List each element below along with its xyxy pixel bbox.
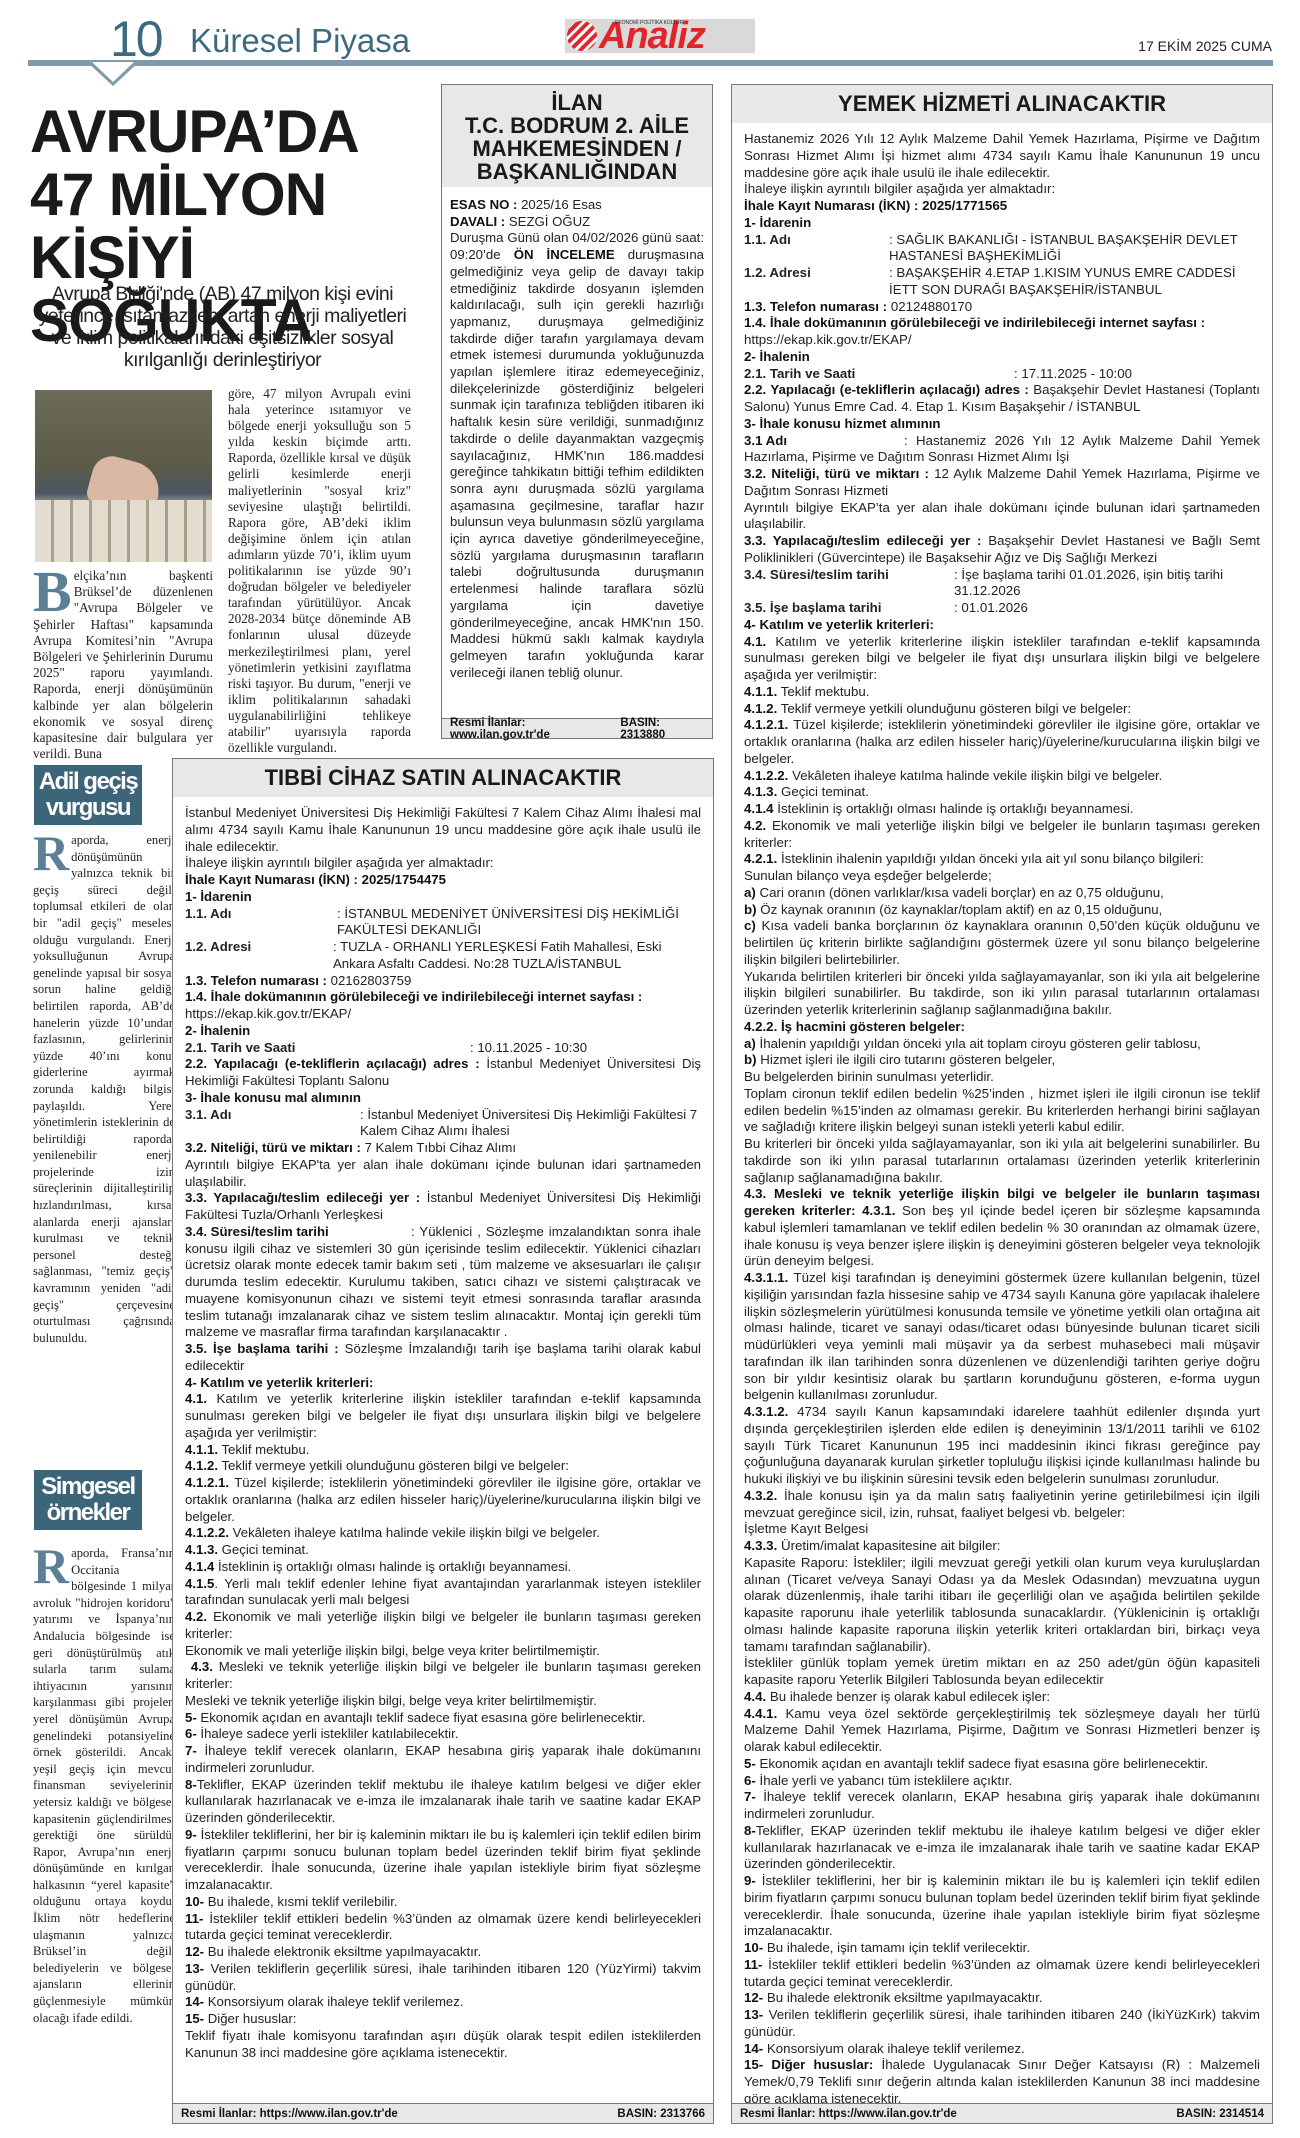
field-label: 3.1. Adı (185, 1107, 360, 1141)
clause-text: İsteklinin ihalenin yapıldığı yıldan önc… (781, 851, 1204, 866)
ekap-link[interactable]: https://ekap.kik.gov.tr/EKAP/ (185, 1006, 701, 1023)
field-label: 2.1. Tarih ve Saati (744, 366, 1014, 383)
section-heading: 4- Katılım ve yeterlik kriterleri: (185, 1375, 373, 1390)
clause-text: Üretim/imalat kapasitesine ait bilgiler: (781, 1538, 1000, 1553)
clause-heading: 4.2.2. İş hacmini gösteren belgeler: (744, 1019, 965, 1034)
item-number: 12- (744, 1990, 763, 2005)
box-body-simgesel-ornekler: Raporda, Fransa’nın Occitania bölgesinde… (33, 1545, 175, 2026)
box-text: aporda, Fransa’nın Occitania bölgesinde … (33, 1546, 175, 2025)
item-number: 8- (185, 1777, 197, 1792)
field-label: 1.4. İhale dokümanının görülebileceği ve… (185, 989, 642, 1004)
item-text: Bu ihalede, işin tamamı için teklif veri… (767, 1940, 1030, 1955)
clause-text: 4734 sayılı Kanun kapsamındaki idarelere… (744, 1404, 1260, 1486)
clause-text: Tüzel kişilerde; isteklilerin yönetimind… (744, 717, 1260, 766)
notice-emphasis: ÖN İNCELEME (514, 247, 615, 262)
item-text: Verilen tekliflerin geçerlilik süresi, i… (744, 2007, 1260, 2039)
item-number: 9- (185, 1827, 197, 1842)
field-label: 1.2. Adresi (744, 265, 889, 299)
clause-text: Hizmet işleri ile ilgili ciro tutarını g… (760, 1052, 1055, 1067)
item-text: İhaleye teklif verecek olanların, EKAP h… (744, 1789, 1260, 1821)
field-label: 2.2. Yapılacağı (e-tekliflerin açılacağı… (185, 1056, 480, 1071)
title-line: MAHKEMESİNDEN / (446, 137, 708, 160)
item-number: 10- (185, 1894, 204, 1909)
footer-link[interactable]: Resmi İlanlar: https://www.ilan.gov.tr'd… (740, 2108, 957, 2120)
clause-text: Ekonomik ve mali yeterliğe ilişkin bilgi… (185, 1609, 701, 1641)
clause-text: İsteklinin iş ortaklığı olması halinde i… (218, 1559, 571, 1574)
field-label: 3.1 Adı (744, 433, 904, 450)
clause-number: 4.1.2.2. (185, 1525, 229, 1540)
medical-device-ad: TIBBİ CİHAZ SATIN ALINACAKTIR İstanbul M… (172, 758, 714, 2124)
closing-text: Teklif fiyatı ihale komisyonu tarafından… (185, 2028, 701, 2062)
field-value: : TUZLA - ORHANLI YERLEŞKESİ Fatih Mahal… (333, 939, 701, 973)
court-notice-footer: Resmi İlanlar: www.ilan.gov.tr'de BASIN:… (442, 718, 712, 738)
box-body-adil-gecis: Raporda, enerji dönüşümünün yalnızca tek… (33, 832, 175, 1346)
item-text: Konsorsiyum olarak ihaleye teklif verile… (767, 2041, 1025, 2056)
clause-text: Katılım ve yeterlik kriterlerine ilişkin… (744, 634, 1260, 683)
item-text: Bu ihalede elektronik eksiltme yapılmaya… (767, 1990, 1043, 2005)
clause-number: c) (744, 918, 756, 933)
section-heading: 1- İdarenin (744, 215, 811, 230)
clause-number: 4.1.5 (185, 1576, 214, 1591)
intro-text: Hastanemiz 2026 Yılı 12 Aylık Malzeme Da… (744, 131, 1260, 181)
clause-number: 4.1.2. (185, 1458, 218, 1473)
field-label: 2.1. Tarih ve Saati (185, 1040, 470, 1057)
radiator-image (35, 500, 212, 562)
item-number: 14- (744, 2041, 763, 2056)
notice-text: duruşmasına gelmediğiniz veya gelip de d… (450, 247, 704, 680)
medical-device-body: İstanbul Medeniyet Üniversitesi Diş Heki… (173, 797, 713, 2061)
issue-date: 17 EKİM 2025 CUMA (1138, 38, 1272, 54)
globe-icon (567, 21, 597, 51)
drop-cap: R (33, 834, 69, 872)
clause-text: Bu kriterleri bir önceki yılda sağlayama… (744, 1136, 1260, 1186)
clause-number: a) (744, 1036, 756, 1051)
field-label: 1.1. Adı (744, 232, 889, 266)
item-number: 13- (744, 2007, 763, 2022)
clause-text: İstekliler günlük toplam yemek üretim mi… (744, 1655, 1260, 1689)
field-value: : SAĞLIK BAKANLIĞI - İSTANBUL BAŞAKŞEHİR… (889, 232, 1260, 266)
item-text: Verilen tekliflerin geçerlilik süresi, i… (185, 1961, 701, 1993)
title-line: İLAN (446, 91, 708, 114)
section-heading: 2- İhalenin (185, 1023, 250, 1038)
field-value: : 10.11.2025 - 10:30 (470, 1040, 701, 1057)
field-value: : İstanbul Medeniyet Üniversitesi Diş He… (360, 1107, 701, 1141)
davali-value: SEZGİ OĞUZ (509, 214, 590, 229)
esas-label: ESAS NO : (450, 197, 517, 212)
note-text: Ayrıntılı bilgiye EKAP'ta yer alan ihale… (185, 1157, 701, 1191)
clause-number: 4.1. (744, 634, 766, 649)
clause-number: 4.3. (191, 1659, 213, 1674)
item-number: 7- (185, 1743, 197, 1758)
intro-text: İstanbul Medeniyet Üniversitesi Diş Heki… (185, 805, 701, 855)
field-label: 3.2. Niteliği, türü ve miktarı : (185, 1140, 361, 1155)
davali-label: DAVALI : (450, 214, 505, 229)
clause-number: a) (744, 885, 756, 900)
clause-number: 4.1.2.2. (744, 768, 788, 783)
field-label: 3.3. Yapılacağı/teslim edileceği yer : (185, 1190, 420, 1205)
item-text: Bu ihalede, kısmi teklif verilebilir. (208, 1894, 398, 1909)
field-label: 3.5. İşe başlama tarihi : (185, 1341, 339, 1356)
header-divider (28, 60, 1273, 66)
field-label: 3.2. Niteliği, türü ve miktarı : (744, 466, 929, 481)
clause-number: 4.2.1. (744, 851, 777, 866)
field-label: 1.3. Telefon numarası : (744, 299, 887, 314)
clause-number: b) (744, 1052, 757, 1067)
clause-number: 4.1. (185, 1391, 207, 1406)
field-label: 3.5. İşe başlama tarihi (744, 600, 954, 617)
clause-text: Vekâleten ihaleye katılma halinde vekile… (233, 1525, 600, 1540)
field-label: 3.4. Süresi/teslim tarihi (744, 567, 954, 601)
clause-text: İşletme Kayıt Belgesi (744, 1521, 1260, 1538)
clause-text: Teklif mektubu. (221, 1442, 309, 1457)
item-number: 7- (744, 1789, 756, 1804)
item-number: 5- (185, 1710, 197, 1725)
court-notice-ad: İLAN T.C. BODRUM 2. AİLE MAHKEMESİNDEN /… (441, 84, 713, 739)
title-line: T.C. BODRUM 2. AİLE (446, 114, 708, 137)
medical-device-title: TIBBİ CİHAZ SATIN ALINACAKTIR (173, 759, 713, 797)
item-text: İhale yerli ve yabancı tüm isteklilere a… (760, 1773, 1013, 1788)
food-service-body: Hastanemiz 2026 Yılı 12 Aylık Malzeme Da… (732, 123, 1272, 2108)
field-value: : İSTANBUL MEDENİYET ÜNİVERSİTESİ DİŞ HE… (337, 906, 701, 940)
clause-text: Kısa vadeli banka borçlarının öz kaynakl… (744, 918, 1260, 967)
logo-tagline: EKONOMİ POLİTİKA KÜLTÜR (615, 20, 683, 26)
clause-number: 4.4. (744, 1689, 766, 1704)
field-value: 7 Kalem Tıbbi Cihaz Alımı (365, 1140, 516, 1155)
field-label: 1.3. Telefon numarası : (185, 973, 327, 988)
food-service-footer: Resmi İlanlar: https://www.ilan.gov.tr'd… (732, 2103, 1272, 2123)
clause-number: 4.1.2.1. (185, 1475, 229, 1490)
field-label: 2.2. Yapılacağı (e-tekliflerin açılacağı… (744, 382, 1029, 397)
field-label: 3.3. Yapılacağı/teslim edileceği yer : (744, 533, 981, 548)
clause-text: İhale konusu işin ya da malın satış faal… (744, 1488, 1260, 1520)
item-number: 11- (185, 1911, 203, 1926)
clause-text: Bu belgelerden birinin sunulması yeterli… (744, 1069, 1260, 1086)
article-subheadline: Avrupa Birliği'nde (AB) 47 milyon kişi e… (30, 283, 415, 371)
clause-text: Kapasite Raporu: İstekliler; ilgili mevz… (744, 1555, 1260, 1656)
clause-text: Mesleki ve teknik yeterliğe ilişkin bilg… (185, 1659, 701, 1691)
clause-number: 4.1.2.1. (744, 717, 788, 732)
clause-number: 4.3.1.2. (744, 1404, 788, 1419)
item-text: Konsorsiyum olarak ihaleye teklif verile… (208, 1994, 464, 2009)
clause-text: Mesleki ve teknik yeterliğe ilişkin bilg… (185, 1693, 701, 1710)
item-number: 5- (744, 1756, 756, 1771)
food-service-ad: YEMEK HİZMETİ ALINACAKTIR Hastanemiz 202… (731, 84, 1273, 2124)
note-text: Ayrıntılı bilgiye EKAP’ta yer alan ihale… (744, 500, 1260, 534)
clause-text: Teklif vermeye yetkili olunduğunu göster… (221, 1458, 568, 1473)
clause-text: Teklif vermeye yetkili olunduğunu göster… (781, 701, 1131, 716)
clause-number: 4.3.1.1. (744, 1270, 788, 1285)
clause-text: Ekonomik ve mali yeterliğe ilişkin bilgi… (744, 818, 1260, 850)
clause-number: 4.1.3. (744, 784, 777, 799)
court-notice-body: ESAS NO : 2025/16 Esas DAVALI : SEZGİ OĞ… (442, 187, 712, 681)
clause-number: 4.3.2. (744, 1488, 777, 1503)
item-text: İstekliler teklif ettikleri bedelin %3’ü… (185, 1911, 701, 1943)
page-number: 10 (110, 14, 162, 64)
item-number: 15- Diğer hususlar: (744, 2057, 873, 2072)
field-label: 1.1. Adı (185, 906, 337, 940)
clause-text: Tüzel kişilerde; isteklilerin yönetimind… (185, 1475, 701, 1524)
item-text: İstekliler tekliflerini, her bir iş kale… (744, 1873, 1260, 1938)
article-photo (35, 390, 212, 562)
item-text: İstekliler tekliflerini, her bir iş kale… (185, 1827, 701, 1892)
item-number: 6- (744, 1773, 756, 1788)
field-label: 3.4. Süresi/teslim tarihi (185, 1224, 411, 1241)
clause-text: Vekâleten ihaleye katılma halinde vekile… (792, 768, 1162, 783)
clause-text: Cari oranın (dönen varlıklar/kısa vadeli… (760, 885, 1164, 900)
phone-number: 02124880170 (891, 299, 972, 314)
item-number: 13- (185, 1961, 204, 1976)
intro-text: İhaleye ilişkin ayrıntılı bilgiler aşağı… (185, 855, 701, 872)
clause-number: 4.1.4 (744, 801, 774, 816)
chevron-inner (92, 62, 134, 82)
clause-text: Geçici teminat. (781, 784, 869, 799)
item-text: Ekonomik açıdan en avantajlı teklif sade… (760, 1756, 1209, 1771)
box-title-adil-gecis: Adil geçiş vurgusu (34, 765, 142, 825)
clause-text: Toplam cironun teklif edilen bedelin %25… (744, 1086, 1260, 1136)
esas-value: 2025/16 Esas (521, 197, 602, 212)
clause-number: 4.1.2. (744, 701, 777, 716)
item-text: İhaleye teklif verecek olanların, EKAP h… (185, 1743, 701, 1775)
clause-text: Tüzel kişi tarafından iş deneyimini göst… (744, 1270, 1260, 1402)
item-text: Teklifler, EKAP üzerinden teklif mektubu… (744, 1823, 1260, 1872)
clause-text: İhalenin yapıldığı yıldan önceki yıla ai… (760, 1036, 1201, 1051)
item-number: 6- (185, 1726, 197, 1741)
clause-text: . Yerli malı teklif edenler lehine fiyat… (185, 1576, 701, 1608)
clause-text: Geçici teminat. (222, 1542, 309, 1557)
ikn-number: İhale Kayıt Numarası (İKN) : 2025/177156… (744, 198, 1007, 213)
clause-number: 4.4.1. (744, 1706, 777, 1721)
item-text: İhaleye sadece yerli istekliler katılabi… (200, 1726, 458, 1741)
field-value: : BAŞAKŞEHİR 4.ETAP 1.KISIM YUNUS EMRE C… (889, 265, 1260, 299)
item-text: İstekliler teklif ettikleri bedelin %3’ü… (744, 1957, 1260, 1989)
item-number: 12- (185, 1944, 204, 1959)
drop-cap: B (33, 570, 72, 614)
intro-text: İhaleye ilişkin ayrıntılı bilgiler aşağı… (744, 181, 1260, 198)
clause-number: 4.2. (185, 1609, 207, 1624)
clause-text: Ekonomik ve mali yeterliğe ilişkin bilgi… (185, 1643, 701, 1660)
clause-number: 4.1.1. (744, 684, 777, 699)
item-number: 9- (744, 1873, 756, 1888)
box-text: aporda, enerji dönüşümünün yalnızca tekn… (33, 833, 175, 1345)
food-service-title: YEMEK HİZMETİ ALINACAKTIR (732, 85, 1272, 123)
section-heading: 2- İhalenin (744, 349, 810, 364)
field-value: : Yüklenici , Sözleşme imzalandıktan son… (185, 1224, 701, 1340)
phone-number: 02162803759 (331, 973, 412, 988)
item-text: Ekonomik açıdan en avantajlı teklif sade… (200, 1710, 645, 1725)
section-heading: 1- İdarenin (185, 889, 252, 904)
item-text: Teklifler, EKAP üzerinden teklif mektubu… (185, 1777, 701, 1826)
field-value: : İşe başlama tarihi 01.01.2026, işin bi… (954, 567, 1260, 601)
clause-text: Katılım ve yeterlik kriterlerine ilişkin… (185, 1391, 701, 1440)
medical-device-footer: Resmi İlanlar: https://www.ilan.gov.tr'd… (173, 2103, 713, 2123)
title-line: BAŞKANLIĞINDAN (446, 160, 708, 183)
clause-number: 4.1.3. (185, 1542, 218, 1557)
section-title: Küresel Piyasa (190, 24, 410, 57)
item-number: 8- (744, 1823, 756, 1838)
field-label: 1.2. Adresi (185, 939, 333, 973)
clause-number: b) (744, 902, 757, 917)
clause-text: Öz kaynak oranının (öz kaynaklar/toplam … (760, 902, 1162, 917)
item-number: 11- (744, 1957, 762, 1972)
basin-number: BASIN: 2314514 (1176, 2108, 1264, 2120)
clause-text: Yukarıda belirtilen kriterleri bir öncek… (744, 969, 1260, 1019)
field-label: 1.4. İhale dokümanının görülebileceği ve… (744, 315, 1205, 330)
clause-text: Teklif mektubu. (781, 684, 870, 699)
clause-number: 4.3.3. (744, 1538, 777, 1553)
item-number: 14- (185, 1994, 204, 2009)
clause-text: İsteklinin iş ortaklığı olması halinde i… (777, 801, 1133, 816)
court-notice-title: İLAN T.C. BODRUM 2. AİLE MAHKEMESİNDEN /… (442, 85, 712, 187)
item-text: Diğer hususlar: (208, 2011, 297, 2026)
basin-number: BASIN: 2313766 (617, 2108, 705, 2120)
item-text: Bu ihalede elektronik eksiltme yapılmaya… (208, 1944, 481, 1959)
section-heading: 3- İhale konusu mal alımının (185, 1090, 361, 1105)
clause-number: 4.2. (744, 818, 766, 833)
ikn-number: İhale Kayıt Numarası (İKN) : 2025/175447… (185, 872, 446, 887)
item-number: 10- (744, 1940, 763, 1955)
field-value: : 17.11.2025 - 10:00 (1014, 366, 1260, 383)
clause-text: Sunulan bilanço veya eşdeğer belgelerde; (744, 868, 1260, 885)
clause-number: 4.1.1. (185, 1442, 218, 1457)
section-heading: 4- Katılım ve yeterlik kriterleri: (744, 617, 934, 632)
clause-text: Kamu veya özel sektörde gerçekleştirilmi… (744, 1706, 1260, 1755)
article-column-2: göre, 47 milyon Avrupalı evini hala yete… (228, 386, 411, 756)
footer-link[interactable]: Resmi İlanlar: www.ilan.gov.tr'de (450, 717, 620, 741)
box-title-simgesel-ornekler: Simgesel örnekler (34, 1470, 142, 1530)
section-heading: 3- İhale konusu hizmet alımının (744, 416, 941, 431)
basin-number: BASIN: 2313880 (620, 717, 704, 741)
footer-link[interactable]: Resmi İlanlar: https://www.ilan.gov.tr'd… (181, 2108, 398, 2120)
clause-number: 4.1.4 (185, 1559, 214, 1574)
newspaper-logo: EKONOMİ POLİTİKA KÜLTÜR Analiz (565, 19, 755, 53)
clause-text: Bu ihalede benzer iş olarak kabul edilec… (770, 1689, 1050, 1704)
article-lead-column: Belçika’nın başkenti Brüksel’de düzenlen… (33, 568, 213, 762)
ekap-link[interactable]: https://ekap.kik.gov.tr/EKAP/ (744, 332, 1260, 349)
item-number: 15- (185, 2011, 204, 2026)
drop-cap: R (33, 1547, 69, 1585)
field-value: : 01.01.2026 (954, 600, 1260, 617)
